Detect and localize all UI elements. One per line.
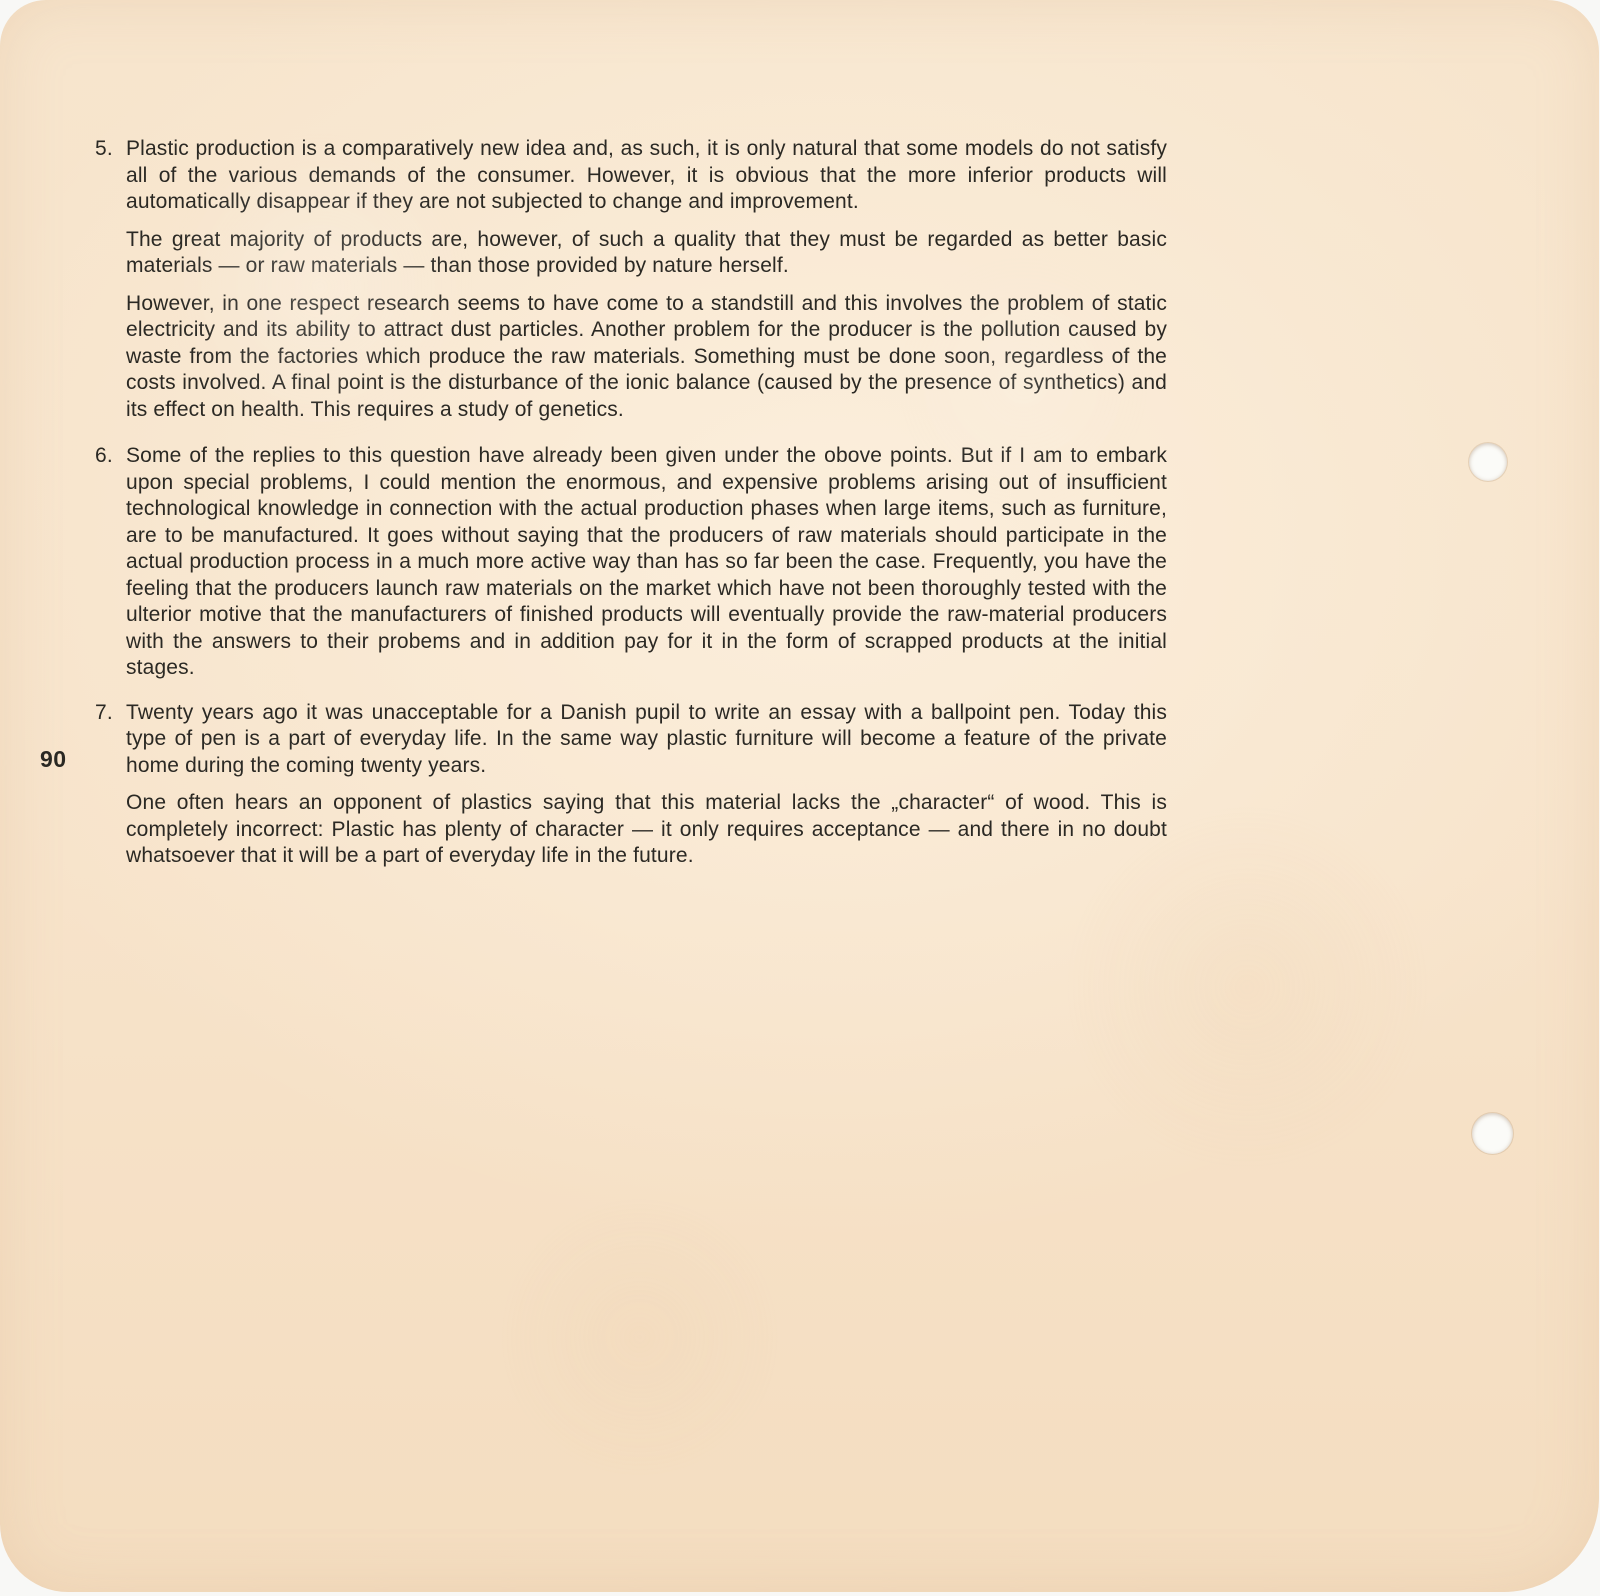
scanned-page: 90 5. Plastic production is a comparativ… <box>0 0 1600 1596</box>
punch-hole-top <box>1469 443 1507 481</box>
punch-hole-bottom <box>1472 1113 1513 1154</box>
item-text: Twenty years ago it was unacceptable for… <box>126 700 1167 870</box>
paragraph: However, in one respect research seems t… <box>126 291 1167 424</box>
paragraph: The great majority of products are, howe… <box>126 227 1167 280</box>
paragraph: Plastic production is a comparatively ne… <box>126 136 1167 216</box>
page-number: 90 <box>40 746 67 773</box>
item-number: 6. <box>95 443 126 682</box>
item-number: 5. <box>95 136 126 423</box>
paper-sheet: 90 5. Plastic production is a comparativ… <box>0 0 1599 1592</box>
item-text: Some of the replies to this question hav… <box>126 443 1167 682</box>
list-item-5: 5. Plastic production is a comparatively… <box>95 136 1167 423</box>
list-item-7: 7. Twenty years ago it was unacceptable … <box>95 700 1167 870</box>
item-text: Plastic production is a comparatively ne… <box>126 136 1167 423</box>
paragraph: Twenty years ago it was unacceptable for… <box>126 700 1167 780</box>
paragraph: Some of the replies to this question hav… <box>126 443 1167 682</box>
item-number: 7. <box>95 700 126 870</box>
list-item-6: 6. Some of the replies to this question … <box>95 443 1167 682</box>
document-body: 5. Plastic production is a comparatively… <box>95 136 1167 870</box>
paragraph: One often hears an opponent of plastics … <box>126 790 1167 870</box>
